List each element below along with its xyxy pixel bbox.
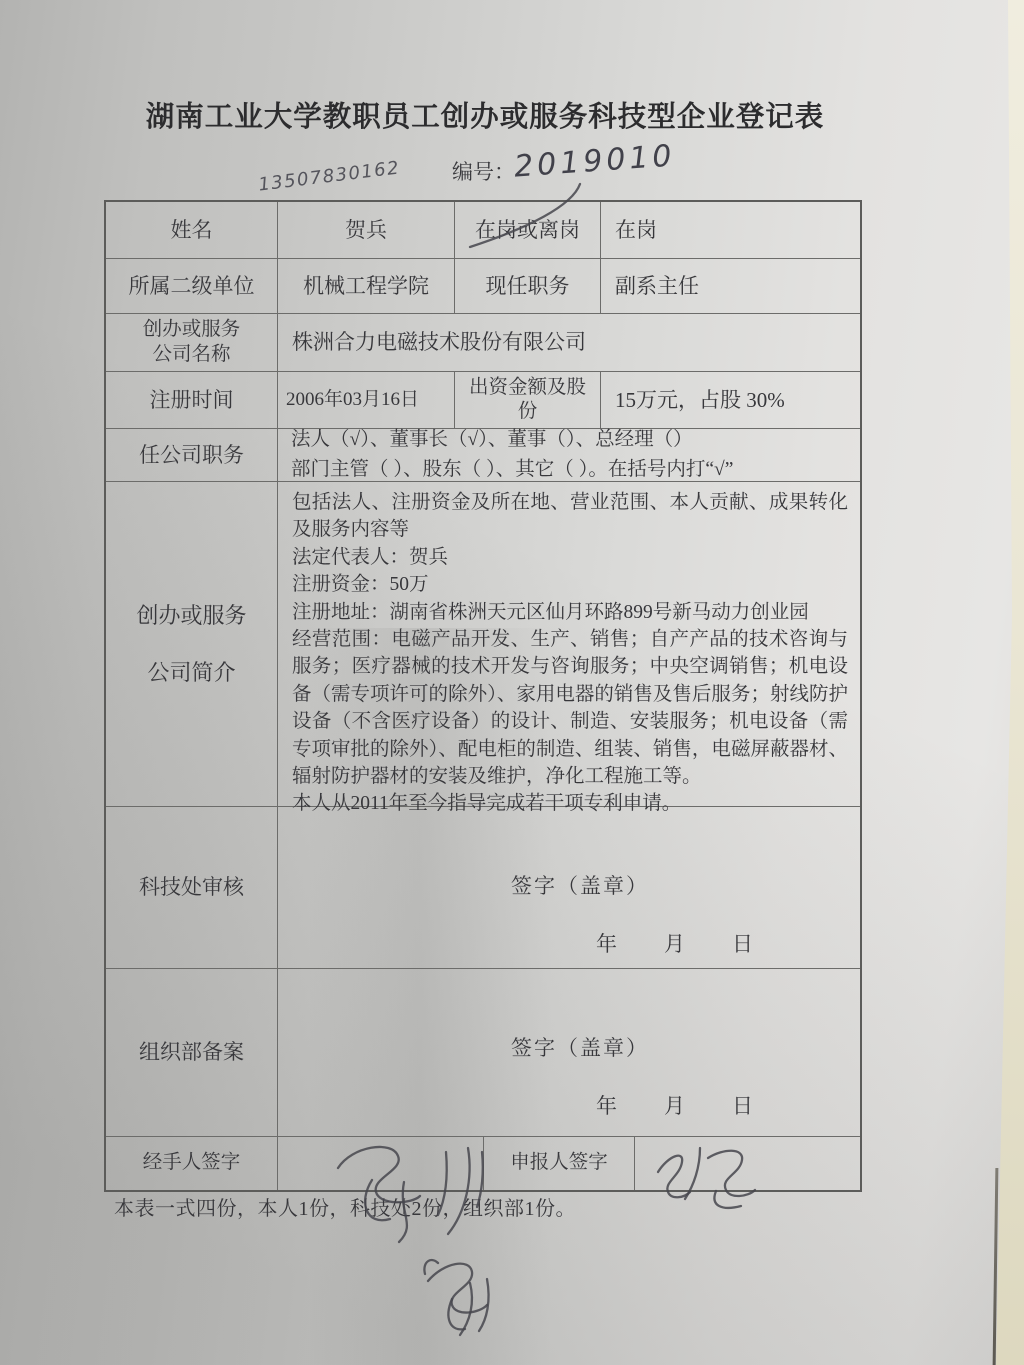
paper-document: 湖南工业大学教职员工创办或服务科技型企业登记表 编号： 2019010 1350… — [0, 0, 1024, 1365]
tech-review-date-line: 年 月 日 — [596, 931, 766, 957]
post-status-label: 在岗或离岗 — [455, 202, 601, 259]
photo-scene: 湖南工业大学教职员工创办或服务科技型企业登记表 编号： 2019010 1350… — [0, 0, 1024, 1365]
registration-form-table: 姓名 贺兵 在岗或离岗 在岗 所属二级单位 机械工程学院 现任职务 副系主任 创… — [104, 200, 862, 1192]
bottom-page-signature — [424, 1260, 488, 1335]
company-intro-label: 创办或服务 公司简介 — [106, 482, 278, 807]
company-name-label: 创办或服务 公司名称 — [106, 314, 278, 372]
register-time-value: 2006年03月16日 — [278, 372, 455, 429]
applicant-signature-cell — [635, 1137, 860, 1190]
company-intro-label-line2: 公司简介 — [147, 659, 235, 687]
company-name-label-line1: 创办或服务 — [143, 318, 241, 342]
form-title: 湖南工业大学教职员工创办或服务科技型企业登记表 — [0, 94, 988, 135]
intro-paragraph: 法定代表人：贺兵 — [292, 544, 848, 571]
footer-note: 本表一式四份，本人1份，科技处2份，组织部1份。 — [114, 1192, 576, 1221]
intro-paragraph: 包括法人、注册资金及所在地、营业范围、本人贡献、成果转化及服务内容等 — [292, 489, 848, 544]
phone-number-handwritten: 13507830162 — [257, 157, 401, 195]
signature-row: 经手人签字 申报人签字 — [106, 1137, 860, 1190]
register-time-label: 注册时间 — [106, 372, 278, 429]
org-filing-sign-area: 签字（盖章） 年 月 日 — [278, 969, 860, 1137]
intro-paragraph: 经营范围：电磁产品开发、生产、销售；自产产品的技术咨询与服务；医疗器械的技术开发… — [292, 626, 848, 790]
org-filing-label: 组织部备案 — [106, 969, 278, 1137]
handler-sign-label: 经手人签字 — [106, 1137, 278, 1190]
handler-signature-cell — [278, 1137, 484, 1190]
name-label: 姓名 — [106, 202, 278, 259]
applicant-sign-label: 申报人签字 — [484, 1137, 635, 1190]
position-value: 副系主任 — [601, 259, 860, 314]
company-name-label-line2: 公司名称 — [152, 343, 230, 367]
company-duty-value: 法人（√）、董事长（√）、董事（）、总经理（） 部门主管（ ）、股东（ ）、其它… — [278, 429, 860, 482]
duty-line-1: 法人（√）、董事长（√）、董事（）、总经理（） — [291, 428, 693, 452]
post-status-value: 在岗 — [601, 202, 860, 259]
intro-paragraph: 注册资金：50万 — [292, 571, 848, 598]
company-duty-label: 任公司职务 — [106, 429, 278, 482]
org-filing-sign-line: 签字（盖章） — [511, 1035, 649, 1061]
tech-review-sign-area: 签字（盖章） 年 月 日 — [278, 807, 860, 969]
duty-line-2: 部门主管（ ）、股东（ ）、其它（ ）。在括号内打“√” — [291, 458, 733, 482]
name-value: 贺兵 — [278, 202, 455, 259]
company-intro-text: 包括法人、注册资金及所在地、营业范围、本人贡献、成果转化及服务内容等 法定代表人… — [278, 482, 860, 807]
company-name-value: 株洲合力电磁技术股份有限公司 — [278, 314, 860, 372]
position-label: 现任职务 — [455, 259, 601, 314]
org-filing-date-line: 年 月 日 — [596, 1093, 766, 1119]
serial-number-handwritten: 2019010 — [513, 138, 677, 184]
investment-value: 15万元，占股 30% — [601, 372, 860, 429]
company-intro-label-line1: 创办或服务 — [136, 602, 246, 630]
intro-paragraph: 注册地址：湖南省株洲天元区仙月环路899号新马动力创业园 — [292, 599, 848, 626]
tech-review-label: 科技处审核 — [106, 807, 278, 969]
serial-number-label: 编号： — [452, 156, 515, 186]
unit-value: 机械工程学院 — [278, 259, 455, 314]
investment-label: 出资金额及股份 — [455, 372, 601, 429]
unit-label: 所属二级单位 — [106, 259, 278, 314]
tech-review-sign-line: 签字（盖章） — [511, 873, 649, 899]
